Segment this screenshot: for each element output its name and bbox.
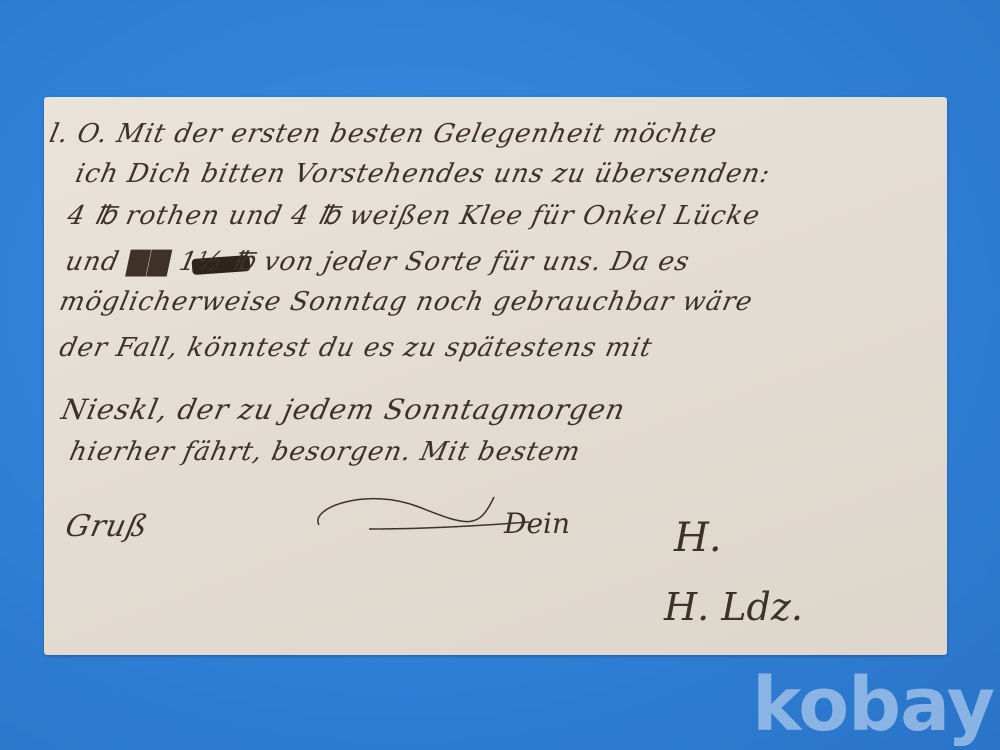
text-line-3: 4 ℔ rothen und 4 ℔ weißen Klee für Onkel…: [65, 201, 763, 231]
text-line-6: der Fall, könntest du es zu spätestens m…: [57, 333, 655, 363]
postcard: l. O. Mit der ersten besten Gelegenheit …: [44, 97, 947, 655]
closing-text: Gruß: [62, 509, 151, 544]
dein-text: Dein: [504, 507, 570, 540]
kobay-watermark: kobay: [752, 662, 994, 748]
text-line-2: ich Dich bitten Vorstehendes uns zu über…: [73, 159, 773, 189]
text-line-1: l. O. Mit der ersten besten Gelegenheit …: [47, 119, 720, 149]
signature-text: H. Ldz.: [664, 585, 803, 629]
initial-text: H.: [674, 515, 722, 561]
text-line-8: hierher fährt, besorgen. Mit bestem: [67, 437, 584, 467]
text-line-4: und ▇▇ 1½ ℔ von jeder Sorte für uns. Da …: [63, 247, 693, 277]
text-line-7: Nieskl, der zu jedem Sonntagmorgen: [58, 393, 628, 426]
text-line-5: möglicherweise Sonntag noch gebrauchbar …: [57, 287, 756, 317]
